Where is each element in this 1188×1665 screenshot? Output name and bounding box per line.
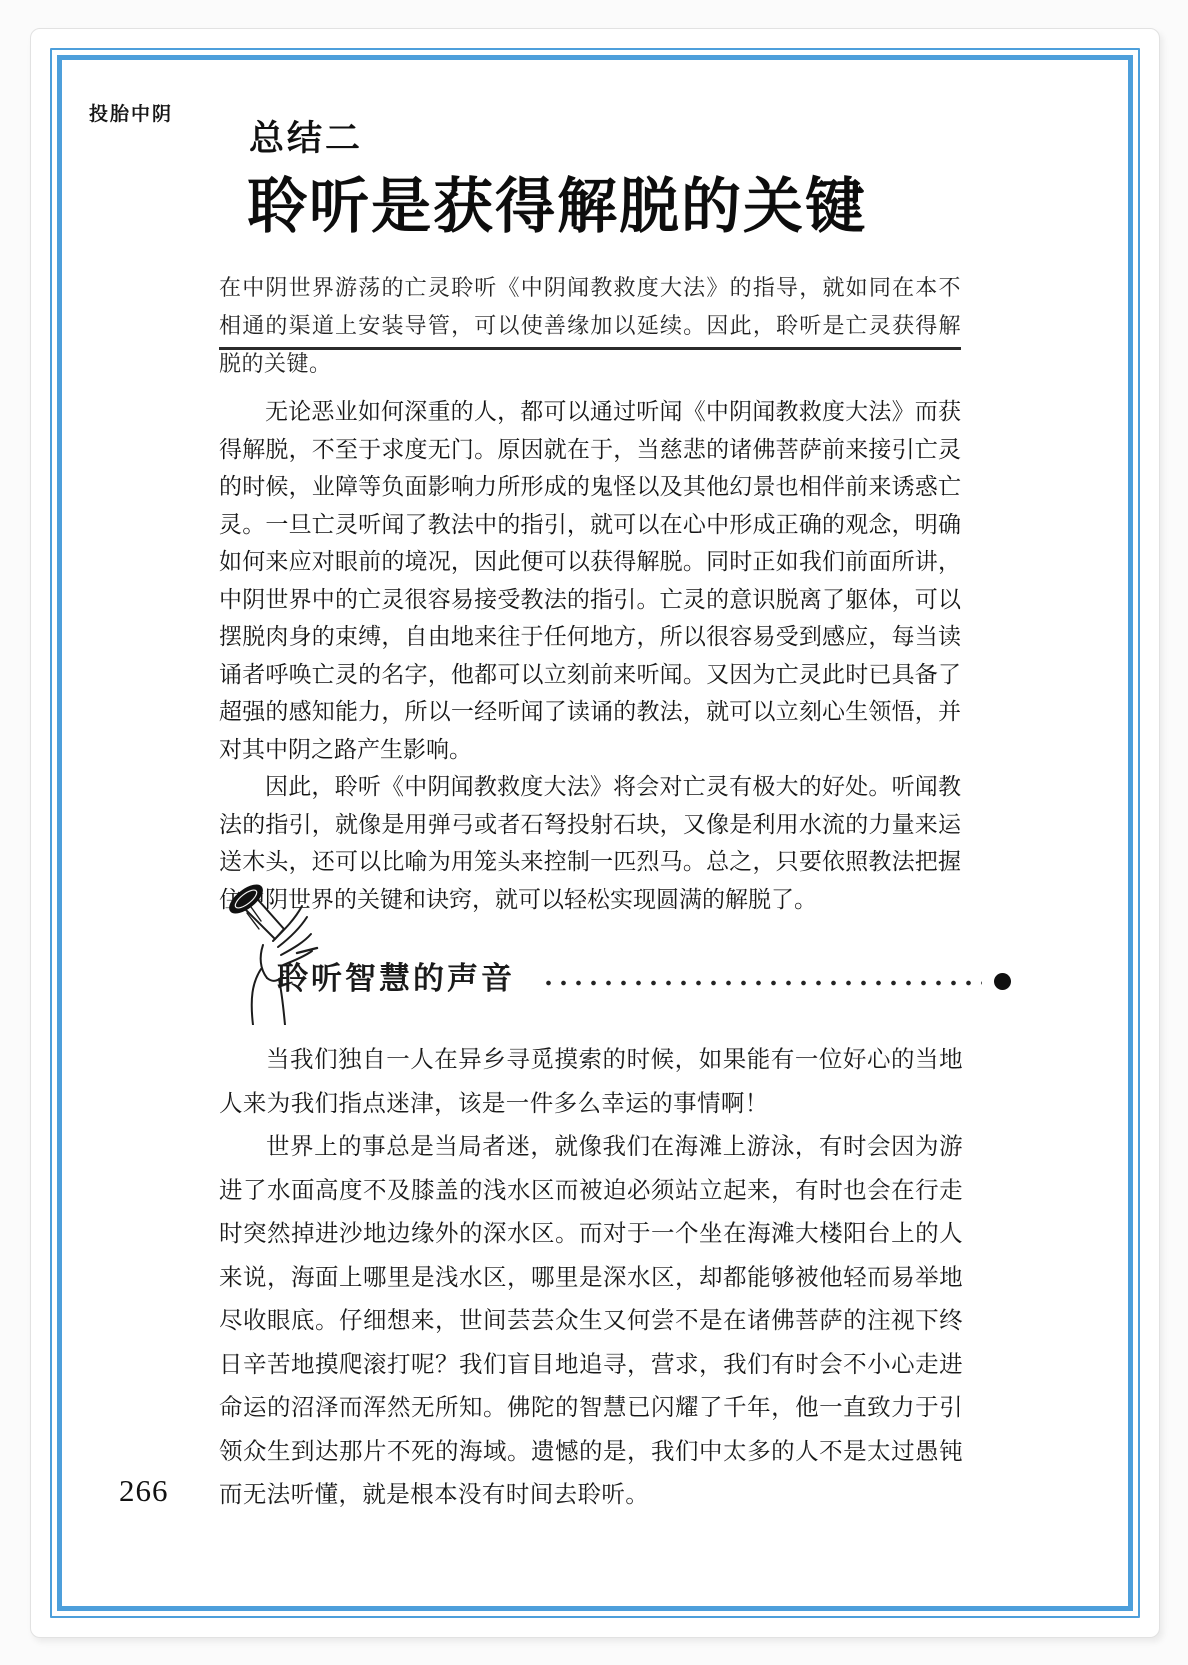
divider-rule: [219, 347, 961, 350]
feature-section-title: 聆听智慧的声音: [277, 953, 515, 998]
body-text-block: 无论恶业如何深重的人，都可以通过听闻《中阴闻教救度大法》而获得解脱，不至于求度无…: [219, 393, 961, 918]
hand-horn-illustration: [201, 875, 319, 1025]
chapter-margin-label: 投胎中阴: [89, 99, 173, 126]
feature-paragraph: 当我们独自一人在异乡寻觅摸索的时候，如果能有一位好心的当地人来为我们指点迷津，该…: [219, 1039, 963, 1126]
feature-section-header: 聆听智慧的声音: [277, 953, 1011, 998]
section-kicker: 总结二: [249, 111, 363, 161]
intro-abstract: 在中阴世界游荡的亡灵聆听《中阴闻教救度大法》的指导，就如同在本不相通的渠道上安装…: [219, 269, 961, 383]
feature-paragraph: 世界上的事总是当局者迷，就像我们在海滩上游泳，有时会因为游进了水面高度不及膝盖的…: [219, 1126, 963, 1518]
book-page: 投胎中阴 总结二 聆听是获得解脱的关键 在中阴世界游荡的亡灵聆听《中阴闻教救度大…: [30, 28, 1160, 1638]
page-background: 投胎中阴 总结二 聆听是获得解脱的关键 在中阴世界游荡的亡灵聆听《中阴闻教救度大…: [0, 0, 1188, 1665]
body-paragraph: 因此，聆听《中阴闻教救度大法》将会对亡灵有极大的好处。听闻教法的指引，就像是用弹…: [219, 768, 961, 918]
feature-text-block: 当我们独自一人在异乡寻觅摸索的时候，如果能有一位好心的当地人来为我们指点迷津，该…: [219, 1039, 963, 1518]
dotted-leader: [541, 979, 982, 987]
page-number: 266: [119, 1473, 169, 1509]
filled-circle-bullet: [994, 973, 1011, 990]
page-title: 聆听是获得解脱的关键: [247, 159, 867, 245]
body-paragraph: 无论恶业如何深重的人，都可以通过听闻《中阴闻教救度大法》而获得解脱，不至于求度无…: [219, 393, 961, 768]
